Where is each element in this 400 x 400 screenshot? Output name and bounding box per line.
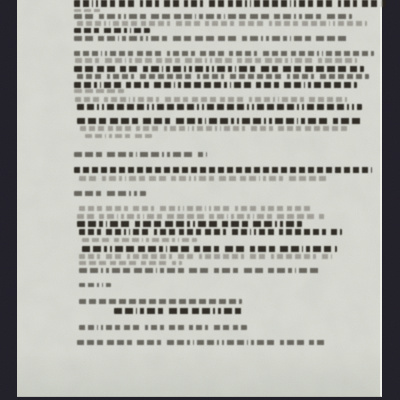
text-line (77, 104, 362, 110)
text-line (77, 340, 325, 345)
text-line (74, 152, 207, 157)
text-line (77, 74, 369, 79)
text-line (79, 299, 242, 304)
text-line (74, 28, 150, 33)
text-line (79, 229, 342, 235)
text-line (79, 283, 111, 287)
text-line (79, 268, 322, 273)
text-line (80, 126, 347, 131)
text-line (74, 14, 352, 19)
text-line (77, 118, 362, 124)
text-line (77, 21, 367, 26)
text-line (75, 97, 347, 102)
text-line (79, 254, 332, 259)
text-line (75, 58, 357, 63)
text-line (77, 214, 327, 219)
text-line (79, 176, 332, 181)
text-line (74, 51, 374, 56)
text-line (79, 325, 247, 330)
text-line (79, 261, 182, 265)
text-line (77, 221, 302, 227)
text-line (74, 191, 146, 196)
text-line (82, 238, 197, 242)
text-line (74, 9, 104, 12)
text-line (85, 134, 152, 138)
text-line (82, 246, 337, 252)
text-line (74, 66, 364, 72)
text-line (79, 206, 312, 211)
text-line (74, 89, 124, 93)
scanned-letter-page (17, 0, 382, 397)
text-line (74, 36, 347, 41)
text-line (74, 82, 357, 88)
text-line (114, 308, 242, 314)
photo-background (0, 0, 400, 400)
text-line (74, 167, 372, 173)
text-line (74, 0, 387, 7)
document-text-lines (17, 0, 380, 396)
